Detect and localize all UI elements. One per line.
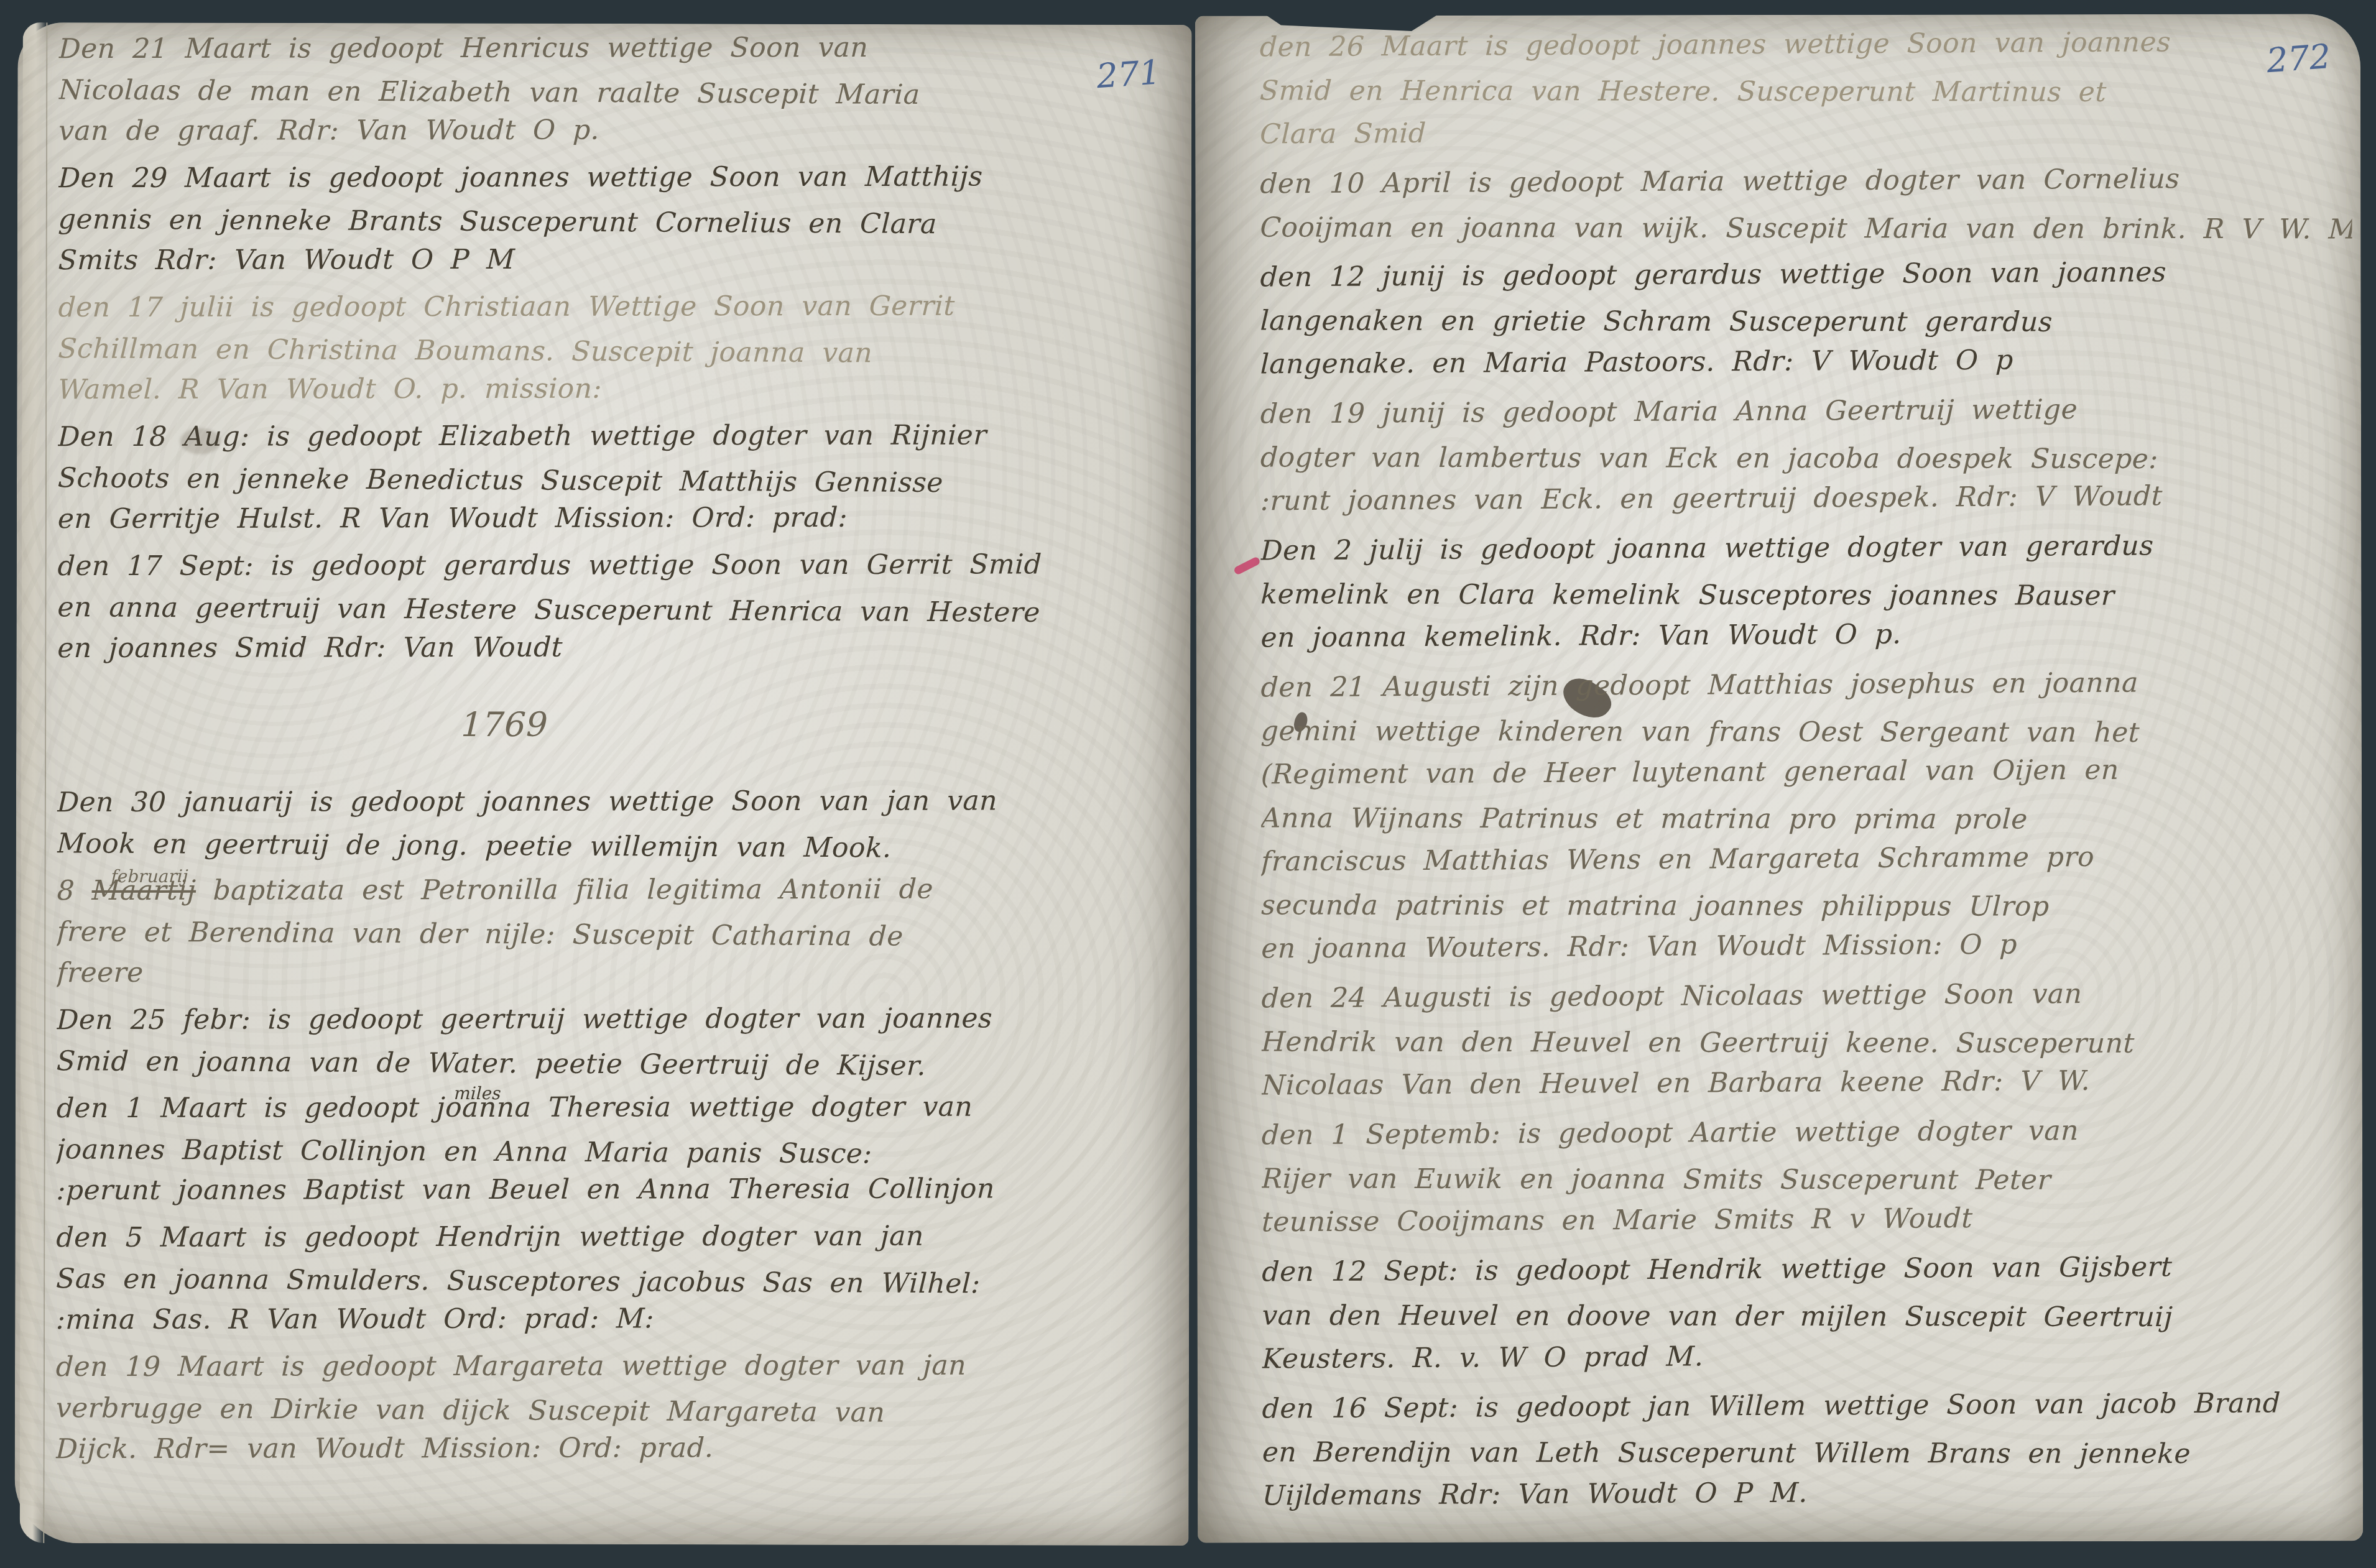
baptism-entry: den 19 junij is gedoopt Maria Anna Geert… <box>1260 390 2352 523</box>
register-line: Den 21 Maart is gedoopt Henricus wettige… <box>58 29 1180 70</box>
register-line: en joanna Wouters. Rdr: Van Woudt Missio… <box>1260 921 2354 971</box>
register-line: Den 29 Maart is gedoopt joannes wettige … <box>58 156 1181 199</box>
baptism-entry: Den 30 januarij is gedoopt joannes wetti… <box>57 782 1179 867</box>
year-heading-text: 1769 <box>57 703 1180 746</box>
text-segment: joannamiles <box>436 1092 532 1123</box>
baptism-entry: den 5 Maart is gedoopt Hendrijn wettige … <box>56 1217 1178 1343</box>
register-line: den 17 Sept: is gedoopt gerardus wettige… <box>57 544 1180 587</box>
text-segment: Theresia wettige dogter van <box>531 1091 974 1123</box>
register-line: Mook en geertruij de jong. peetie willem… <box>56 823 1179 870</box>
register-line: den 12 Sept: is gedoopt Hendrik wettige … <box>1261 1245 2354 1294</box>
page-edge-stack <box>19 22 47 1543</box>
register-line: Smits Rdr: Van Woudt O P M <box>58 238 1181 281</box>
register-line: 8 Maartijfebruarij baptizata est Petroni… <box>57 869 1180 911</box>
register-line: en joannes Smid Rdr: Van Woudt <box>57 626 1180 669</box>
baptism-entry: den 12 Sept: is gedoopt Hendrik wettige … <box>1262 1248 2354 1381</box>
register-line: den 12 junij is gedoopt gerardus wettige… <box>1260 250 2353 300</box>
baptism-entry: den 26 Maart is gedoopt joannes wettige … <box>1260 24 2352 156</box>
register-line: freere <box>56 951 1179 994</box>
register-line: teunisse Cooijmans en Marie Smits R v Wo… <box>1261 1195 2354 1245</box>
red-pen-mark <box>1233 556 1261 576</box>
baptism-entry: den 16 Sept: is gedoopt jan Willem wetti… <box>1262 1385 2354 1518</box>
handwritten-entries-right: den 26 Maart is gedoopt joannes wettige … <box>1260 24 2354 1535</box>
register-line: en joanna kemelink. Rdr: Van Woudt O p. <box>1260 611 2354 660</box>
register-line: den 16 Sept: is gedoopt jan Willem wetti… <box>1262 1381 2354 1431</box>
register-line: Clara Smid <box>1260 107 2353 157</box>
register-line: den 10 April is gedoopt Maria wettige do… <box>1260 157 2353 206</box>
register-line: Smid en joanna van de Water. peetie Geer… <box>56 1041 1179 1088</box>
text-segment: 8 <box>57 875 93 906</box>
page-number: 271 <box>1095 52 1162 96</box>
handwritten-entries-left: Den 21 Maart is gedoopt Henricus wettige… <box>55 29 1180 1537</box>
baptism-entry: den 1 Septemb: is gedoopt Aartie wettige… <box>1262 1112 2354 1244</box>
baptism-entry: Den 25 febr: is gedoopt geertruij wettig… <box>57 1000 1178 1084</box>
register-line: den 1 Septemb: is gedoopt Aartie wettige… <box>1261 1108 2354 1158</box>
baptism-entry: Den 18 Aug: is gedoopt Elizabeth wettige… <box>58 417 1180 542</box>
register-line: den 1 Maart is gedoopt joannamiles There… <box>56 1086 1179 1129</box>
inserted-word-above-line: miles <box>453 1073 502 1114</box>
year-heading: 1769 <box>57 705 1179 749</box>
register-line: den 17 julii is gedoopt Christiaan Wetti… <box>58 285 1181 328</box>
register-line: Wamel. R Van Woudt O. p. mission: <box>57 367 1180 410</box>
register-line: den 19 junij is gedoopt Maria Anna Geert… <box>1260 387 2353 436</box>
register-line: van de graaf. Rdr: Van Woudt O p. <box>58 109 1180 152</box>
page-number: 272 <box>2265 37 2332 80</box>
register-line: :perunt joannes Baptist van Beuel en Ann… <box>56 1168 1179 1211</box>
register-line: :runt joannes van Eck. en geertruij does… <box>1260 474 2353 523</box>
register-line: Den 18 Aug: is gedoopt Elizabeth wettige… <box>57 415 1180 458</box>
baptism-entry: 8 Maartijfebruarij baptizata est Petroni… <box>57 870 1178 996</box>
baptism-entry: den 17 julii is gedoopt Christiaan Wetti… <box>58 287 1180 413</box>
baptism-entry: Den 2 julij is gedoopt joanna wettige do… <box>1260 527 2352 660</box>
register-line: Nicolaas Van den Heuvel en Barbara keene… <box>1261 1058 2354 1108</box>
inserted-word-above-line: februarij <box>110 856 188 897</box>
baptism-entry: den 19 Maart is gedoopt Margareta wettig… <box>56 1347 1178 1472</box>
register-line: den 24 Augusti is gedoopt Nicolaas wetti… <box>1261 971 2354 1021</box>
baptism-entry: den 10 April is gedoopt Maria wettige do… <box>1260 160 2352 249</box>
register-line: Den 30 januarij is gedoopt joannes wetti… <box>57 780 1180 823</box>
register-line: :mina Sas. R Van Woudt Ord: prad: M: <box>55 1298 1178 1340</box>
text-segment: den 1 Maart is gedoopt <box>56 1092 437 1124</box>
register-line: Den 2 julij is gedoopt joanna wettige do… <box>1260 523 2353 573</box>
register-line: Uijldemans Rdr: Van Woudt O P M. <box>1262 1469 2354 1518</box>
register-line: Den 25 febr: is gedoopt geertruij wettig… <box>56 998 1179 1041</box>
register-line: (Regiment van de Heer luytenant generaal… <box>1260 747 2354 797</box>
baptism-entry: den 17 Sept: is gedoopt gerardus wettige… <box>57 546 1179 671</box>
open-register-book: 271 Den 21 Maart is gedoopt Henricus wet… <box>0 0 2376 1568</box>
register-line: den 19 Maart is gedoopt Margareta wettig… <box>55 1345 1178 1388</box>
baptism-entry: den 1 Maart is gedoopt joannamiles There… <box>57 1088 1178 1214</box>
register-line: Dijck. Rdr= van Woudt Mission: Ord: prad… <box>55 1427 1178 1470</box>
register-line: den 21 Augusti zijn gedoopt Matthias jos… <box>1260 660 2354 710</box>
register-line: en Gerritje Hulst. R Van Woudt Mission: … <box>57 497 1180 540</box>
baptism-entry: Den 21 Maart is gedoopt Henricus wettige… <box>58 29 1180 154</box>
struck-word: Maartijfebruarij <box>91 875 196 906</box>
register-page-left: 271 Den 21 Maart is gedoopt Henricus wet… <box>14 22 1191 1546</box>
register-line: langenake. en Maria Pastoors. Rdr: V Wou… <box>1260 337 2353 387</box>
baptism-entry: den 24 Augusti is gedoopt Nicolaas wetti… <box>1262 975 2354 1107</box>
register-line: Keusters. R. v. W O prad M. <box>1262 1332 2355 1381</box>
register-line: franciscus Matthias Wens en Margareta Sc… <box>1260 834 2354 884</box>
register-page-right: 272 den 26 Maart is gedoopt joannes wett… <box>1195 14 2363 1543</box>
baptism-entry: Den 29 Maart is gedoopt joannes wettige … <box>58 158 1180 284</box>
baptism-entry: den 21 Augusti zijn gedoopt Matthias jos… <box>1261 664 2354 971</box>
register-line: den 5 Maart is gedoopt Hendrijn wettige … <box>55 1215 1178 1258</box>
register-line: den 26 Maart is gedoopt joannes wettige … <box>1260 24 2352 69</box>
register-line: Cooijman en joanna van wijk. Suscepit Ma… <box>1260 206 2353 251</box>
baptism-entry: den 12 junij is gedoopt gerardus wettige… <box>1260 254 2352 386</box>
text-segment: baptizata est Petronilla filia legitima … <box>195 874 934 906</box>
